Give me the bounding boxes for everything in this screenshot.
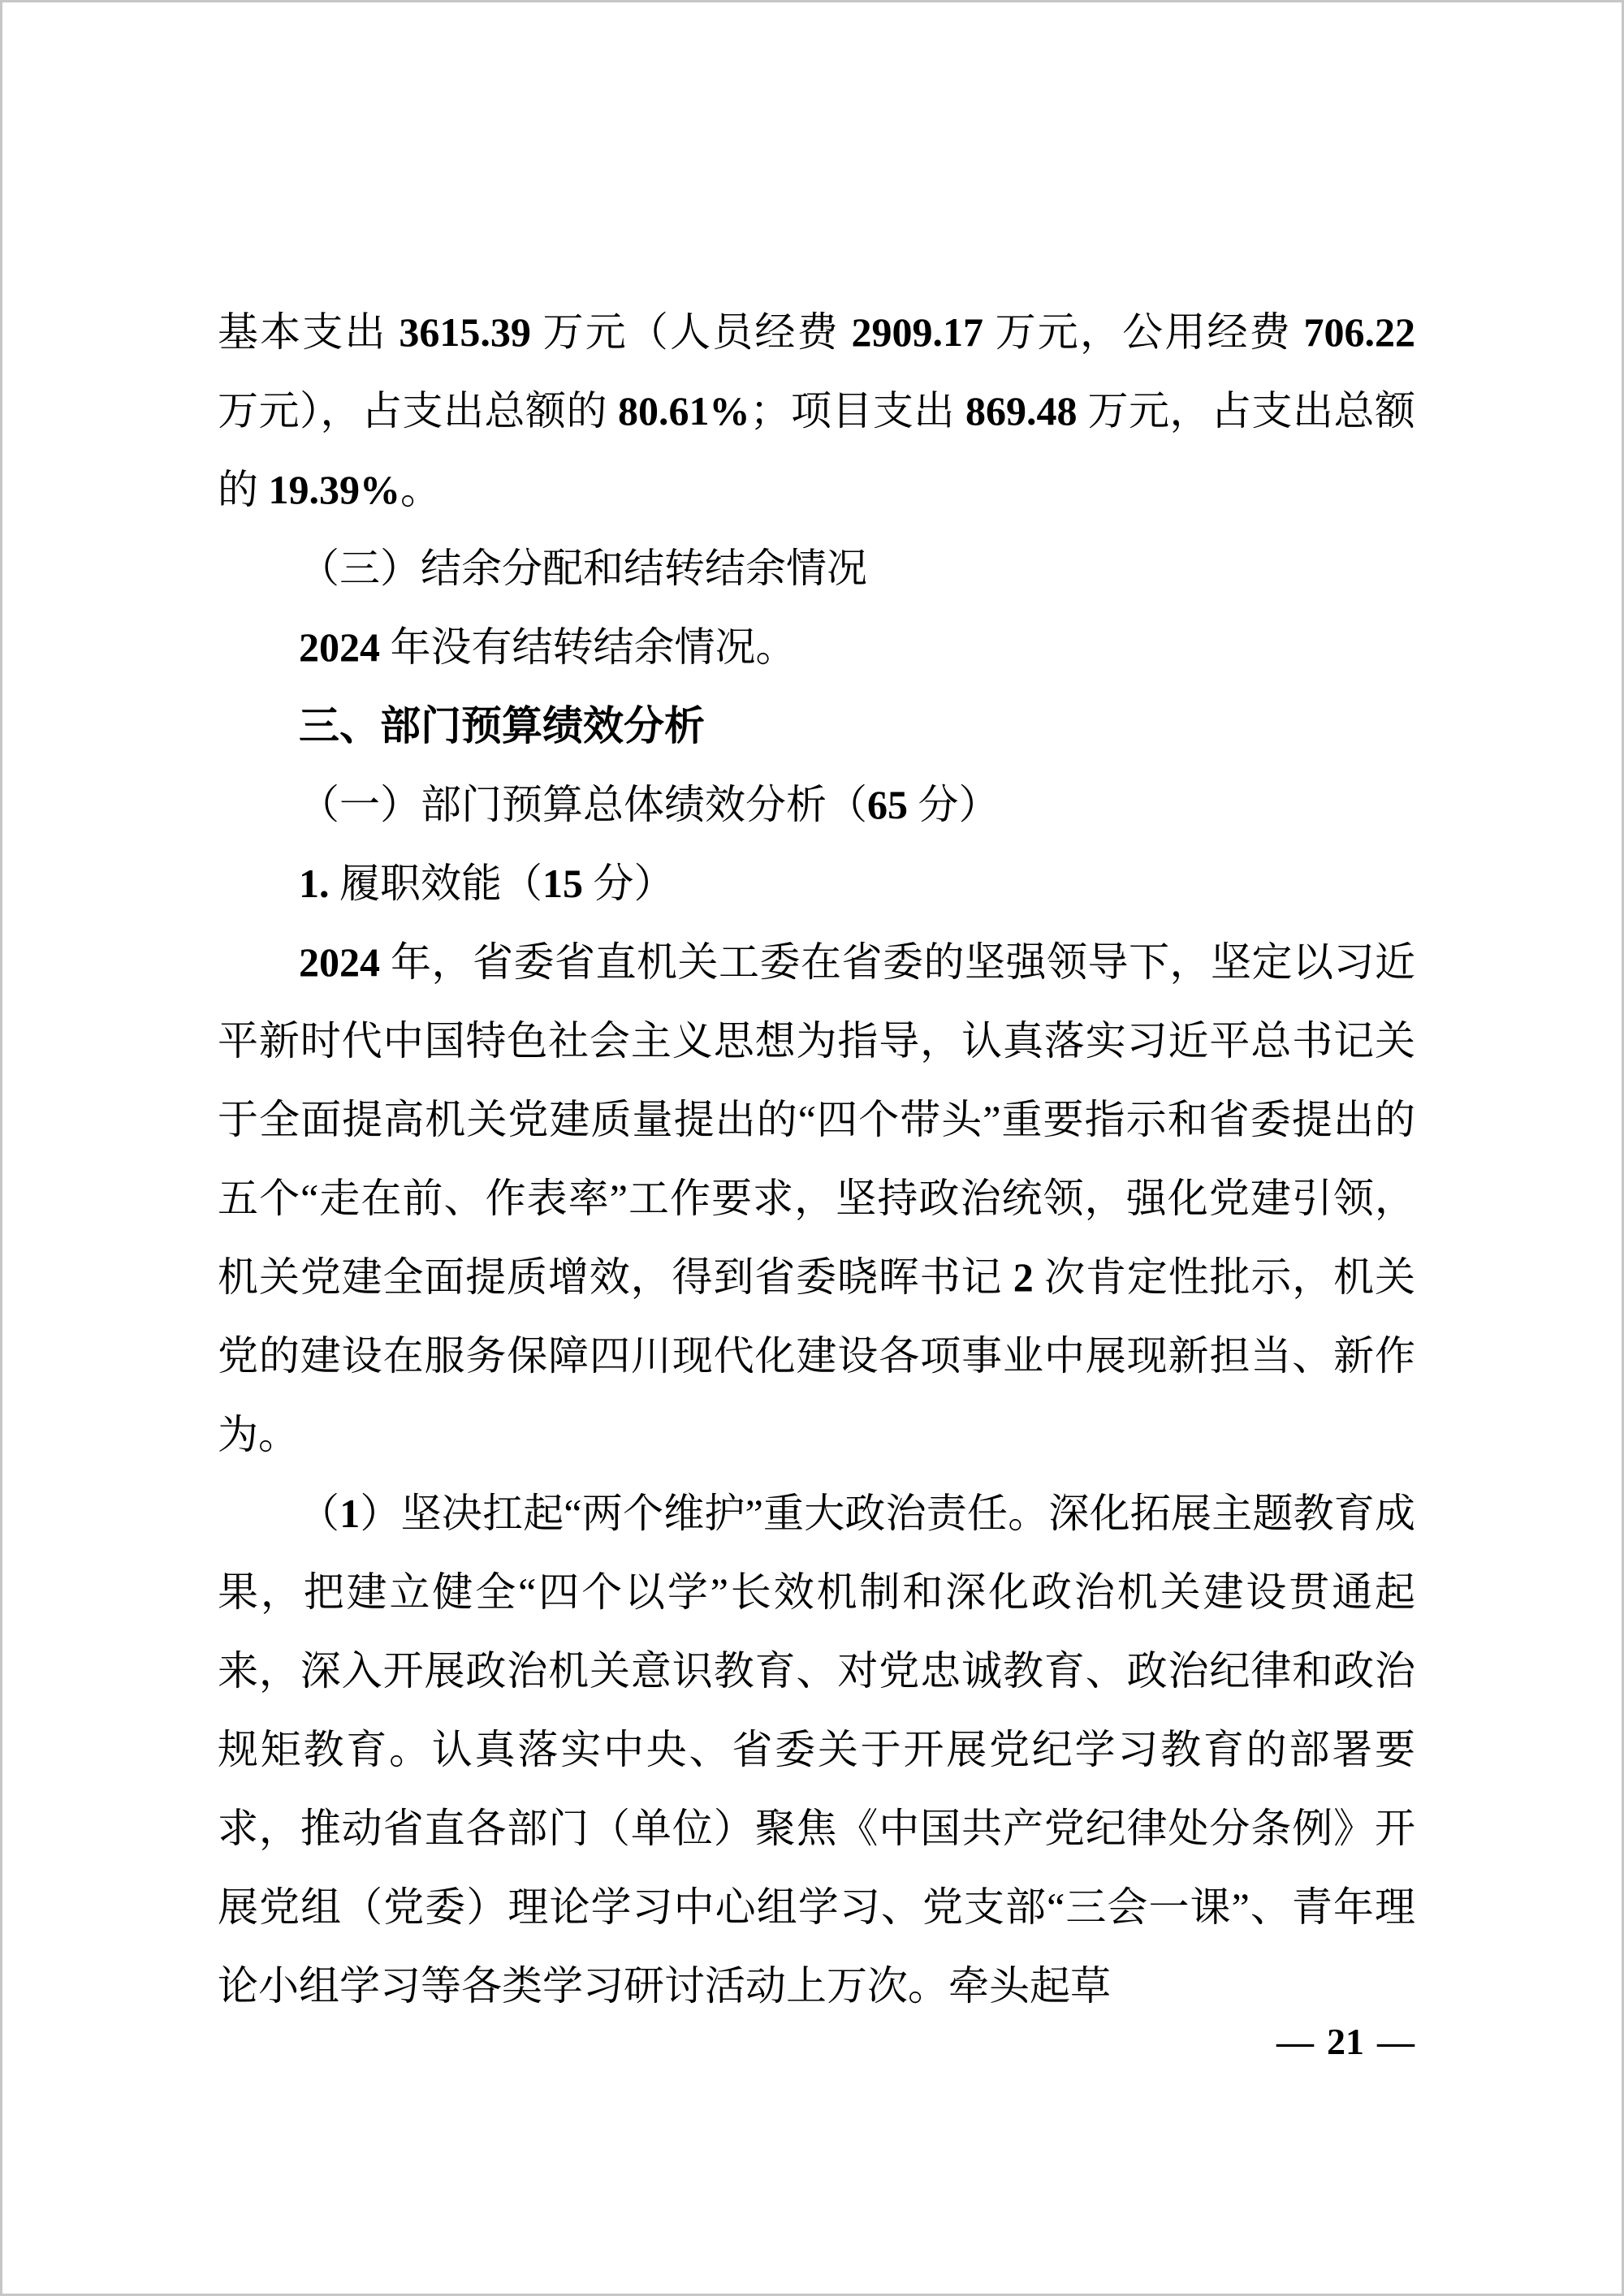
paragraph-expenditure-summary: 基本支出 3615.39 万元（人员经费 2909.17 万元，公用经费 706… (218, 293, 1415, 529)
number-run: 2024 (299, 624, 380, 670)
text-run: 万元，公用经费 (983, 309, 1304, 355)
document-page: 基本支出 3615.39 万元（人员经费 2909.17 万元，公用经费 706… (0, 0, 1624, 2296)
heading-overall-performance: （一）部门预算总体绩效分析（65 分） (218, 766, 1415, 844)
text-run: 履职效能（ (330, 861, 543, 906)
number-run: 1 (339, 1491, 360, 1536)
number-run: 80.61% (618, 388, 750, 434)
number-run: 65 (867, 782, 908, 827)
heading-duty-effectiveness: 1. 履职效能（15 分） (218, 844, 1415, 923)
number-run: 2909.17 (851, 309, 983, 355)
paragraph-duty-effectiveness-overview: 2024 年，省委省直机关工委在省委的坚强领导下，坚定以习近平新时代中国特色社会… (218, 923, 1415, 1474)
number-run: 869.48 (965, 388, 1078, 434)
text-run: 年没有结转结余情况。 (380, 624, 797, 670)
text-run: ；项目支出 (750, 388, 966, 434)
page-content: 基本支出 3615.39 万元（人员经费 2909.17 万元，公用经费 706… (218, 293, 1415, 2026)
text-run: 分） (908, 782, 1000, 827)
number-run: 2 (1013, 1254, 1034, 1300)
text-run: 。 (400, 467, 441, 512)
paragraph-item-1-two-upholds: （1）坚决扛起“两个维护”重大政治责任。深化拓展主题教育成果，把建立健全“四个以… (218, 1474, 1415, 2026)
footer-right-dash: — (1377, 2021, 1415, 2062)
text-run: 万元），占支出总额的 (218, 388, 618, 434)
text-run: 三、部门预算绩效分析 (299, 702, 705, 749)
text-run: ）坚决扛起“两个维护”重大政治责任。深化拓展主题教育成果，把建立健全“四个以学”… (218, 1491, 1415, 2009)
text-run: （ (299, 1491, 339, 1536)
number-run: 2024 (299, 939, 380, 985)
footer-page-number: 21 (1327, 2021, 1364, 2062)
footer-left-dash: — (1276, 2021, 1314, 2062)
text-run: 年，省委省直机关工委在省委的坚强领导下，坚定以习近平新时代中国特色社会主义思想为… (218, 939, 1415, 1300)
number-run: 19.39% (269, 467, 401, 512)
text-run: 万元（人员经费 (531, 309, 852, 355)
number-run: 706.22 (1304, 309, 1416, 355)
page-footer: —21— (1276, 2018, 1415, 2066)
text-run: （一）部门预算总体绩效分析（ (299, 782, 867, 827)
text-run: 基本支出 (218, 309, 399, 355)
text-run: 分） (583, 861, 675, 906)
heading-balance-allocation: （三）结余分配和结转结余情况 (218, 529, 1415, 608)
number-run: 15 (542, 861, 583, 906)
number-run: 3615.39 (399, 309, 531, 355)
heading-performance-analysis: 三、部门预算绩效分析 (218, 687, 1415, 766)
number-run: 1. (299, 861, 330, 906)
text-run: （三）结余分配和结转结余情况 (299, 546, 867, 591)
paragraph-balance-statement: 2024 年没有结转结余情况。 (218, 608, 1415, 687)
